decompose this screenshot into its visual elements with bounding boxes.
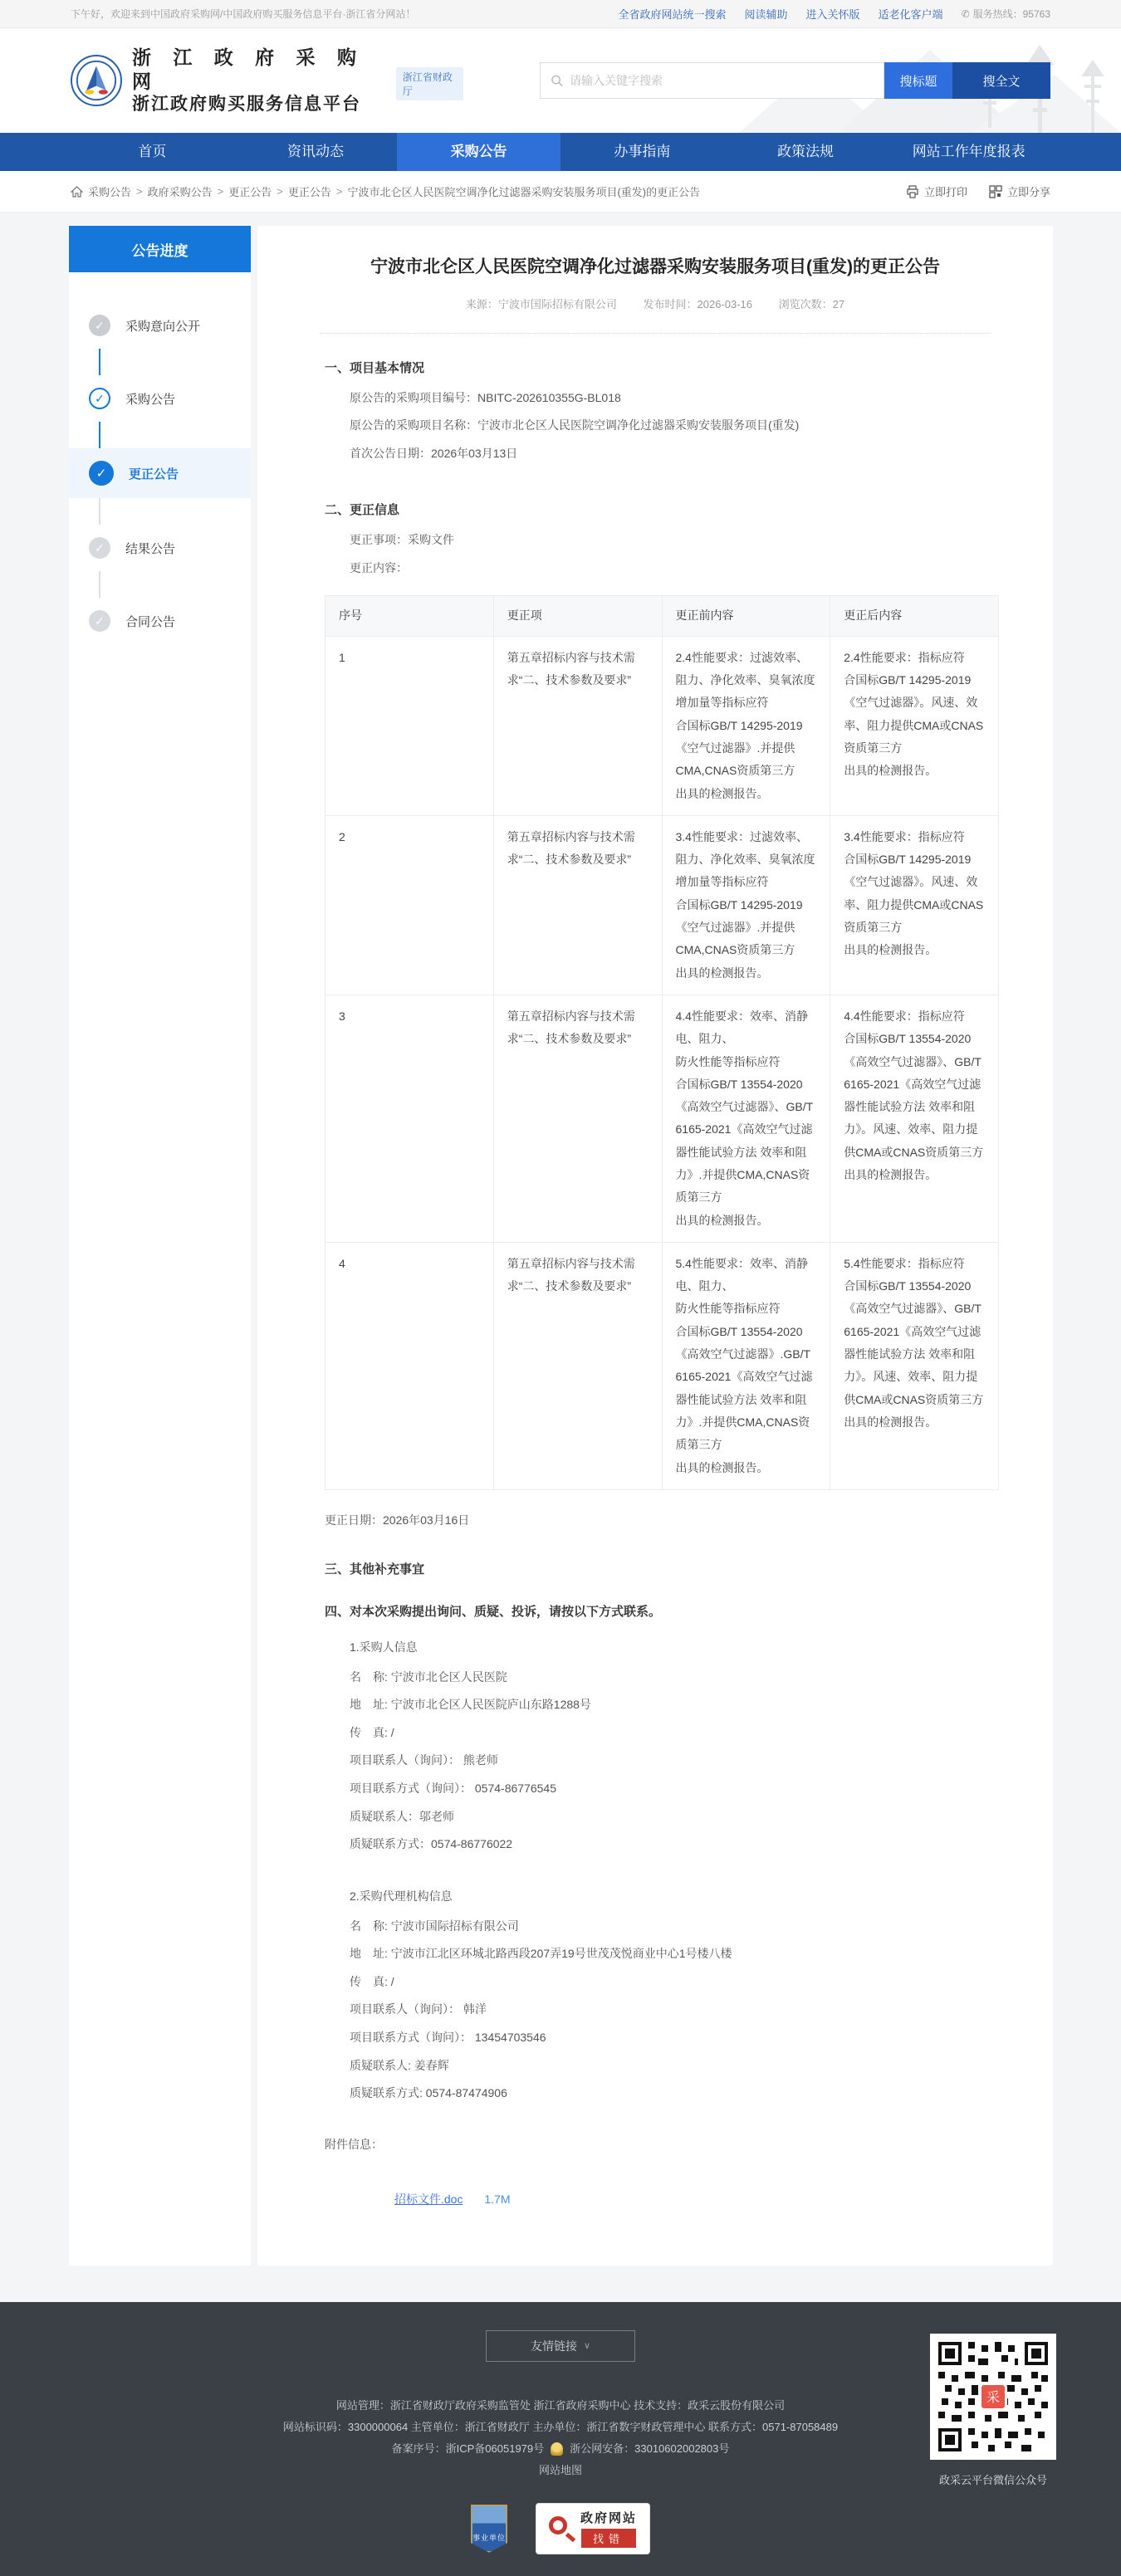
nav-item-procurement-notices[interactable]: 采购公告 <box>397 133 560 171</box>
original-project-number: 原公告的采购项目编号：NBITC-202610355G-BL018 <box>350 384 991 413</box>
section1-heading: 一、项目基本情况 <box>325 359 991 376</box>
crumb-correction-notice[interactable]: 更正公告 <box>288 183 331 199</box>
search-fulltext-button[interactable]: 搜全文 <box>952 62 1050 99</box>
nav-item-news[interactable]: 资讯动态 <box>234 133 398 171</box>
greeting-text: 下午好，欢迎来到中国政府采购网/中国政府购买服务信息平台·浙江省分网站！ <box>71 7 415 21</box>
attachment-file-link[interactable]: 招标文件.doc <box>394 2192 463 2206</box>
step-connector <box>99 498 100 525</box>
site-title-line1: 浙 江 政 府 采 购 网 <box>132 46 379 94</box>
zcy-logo-icon: 采 <box>979 2383 1007 2411</box>
breadcrumb-bar: 采购公告> 政府采购公告> 更正公告> 更正公告> 宁波市北仑区人民医院空调净化… <box>0 171 1121 213</box>
search-input[interactable] <box>570 74 874 87</box>
sitemap-link[interactable]: 网站地图 <box>539 2464 582 2476</box>
qr-caption: 政采云平台微信公众号 <box>930 2471 1056 2487</box>
site-title-line2: 浙江政府购买服务信息平台 <box>132 94 379 115</box>
agency-block-title: 2.采购代理机构信息 <box>350 1884 991 1909</box>
page-title: 宁波市北仑区人民医院空调净化过滤器采购安装服务项目(重发)的更正公告 <box>320 254 991 281</box>
crumb-current-page: 宁波市北仑区人民医院空调净化过滤器采购安装服务项目(重发)的更正公告 <box>347 183 700 199</box>
unified-search-link[interactable]: 全省政府网站统一搜索 <box>619 6 727 22</box>
purchaser-name: 名 称: 宁波市北仑区人民医院 <box>350 1664 991 1692</box>
search-area: 搜标题 搜全文 <box>540 62 1050 99</box>
crumb-correction-notices[interactable]: 更正公告 <box>228 183 272 199</box>
agency-contact-phone: 项目联系方式（询问）： 13454703546 <box>350 2024 991 2052</box>
col-header-after: 更正后内容 <box>830 596 999 636</box>
first-announce-date: 首次公告日期：2026年03月13日 <box>350 440 991 468</box>
site-logo[interactable]: 浙 江 政 府 采 购 网 浙江政府购买服务信息平台 浙江省财政厅 <box>71 46 463 115</box>
care-version-link[interactable]: 进入关怀版 <box>806 6 860 22</box>
authority-badge: 浙江省财政厅 <box>396 67 463 100</box>
crumb-gov-procurement-notices[interactable]: 政府采购公告 <box>148 183 213 199</box>
agency-address: 地 址: 宁波市江北区环城北路西段207弄19号世茂茂悦商业中心1号楼八楼 <box>350 1940 991 1968</box>
sidebar-title: 公告进度 <box>69 226 251 272</box>
purchaser-query-person: 质疑联系人：邬老师 <box>350 1803 991 1831</box>
check-icon: ✓ <box>89 461 114 486</box>
crumb-procurement-notices[interactable]: 采购公告 <box>88 183 131 199</box>
service-hotline: ✆ 服务热线：95763 <box>962 7 1050 21</box>
home-icon <box>71 186 83 198</box>
share-button[interactable]: 立即分享 <box>989 183 1050 199</box>
wechat-qr-code: 采 <box>930 2334 1056 2460</box>
article-source: 来源：宁波市国际招标有限公司 <box>466 298 617 310</box>
check-icon: ✓ <box>89 537 110 559</box>
chevron-down-icon: ∨ <box>584 2340 590 2351</box>
col-header-before: 更正前内容 <box>662 596 830 636</box>
nav-item-annual-report[interactable]: 网站工作年度报表 <box>887 133 1050 171</box>
correction-date: 更正日期：2026年03月16日 <box>325 1508 991 1532</box>
correction-table: 序号 更正项 更正前内容 更正后内容 1 第五章招标内容与技术需求“二、技术参数… <box>325 595 999 1489</box>
sidebar-item-result-notice[interactable]: ✓ 结果公告 <box>69 525 251 571</box>
table-row: 2 第五章招标内容与技术需求“二、技术参数及要求” 3.4性能要求：过滤效率、阻… <box>326 815 999 995</box>
nav-item-home[interactable]: 首页 <box>71 133 234 171</box>
reading-aid-link[interactable]: 阅读辅助 <box>745 6 788 22</box>
nav-item-service-guide[interactable]: 办事指南 <box>560 133 724 171</box>
correction-content-label: 更正内容： <box>350 555 991 583</box>
printer-icon <box>906 185 919 198</box>
step-connector <box>99 349 100 375</box>
section2-heading: 二、更正信息 <box>325 501 991 518</box>
article-publish-time: 发布时间：2026-03-16 <box>644 298 753 310</box>
main-nav: 首页 资讯动态 采购公告 办事指南 政策法规 网站工作年度报表 <box>0 133 1121 171</box>
check-icon: ✓ <box>89 388 110 409</box>
step-connector <box>99 422 100 448</box>
article-views: 浏览次数：27 <box>779 298 844 310</box>
magnifier-icon <box>549 2516 574 2541</box>
attachment-label: 附件信息： <box>325 2136 991 2153</box>
purchaser-fax: 传 真: / <box>350 1719 991 1747</box>
check-icon: ✓ <box>89 610 110 632</box>
print-button[interactable]: 立即打印 <box>906 183 967 199</box>
table-header-row: 序号 更正项 更正前内容 更正后内容 <box>326 596 999 636</box>
section4-heading: 四、对本次采购提出询问、质疑、投诉，请按以下方式联系。 <box>325 1602 991 1620</box>
agency-contact-person: 项目联系人（询问）： 韩洋 <box>350 1996 991 2024</box>
top-utility-bar: 下午好，欢迎来到中国政府采购网/中国政府购买服务信息平台·浙江省分网站！ 全省政… <box>0 0 1121 28</box>
article-meta: 来源：宁波市国际招标有限公司 发布时间：2026-03-16 浏览次数：27 <box>320 296 991 311</box>
footer-icp-number: 备案序号：浙ICP备06051979号 <box>392 2438 545 2460</box>
elderly-client-link[interactable]: 适老化客户端 <box>879 6 943 22</box>
divider <box>320 333 991 334</box>
public-institution-badge[interactable]: 事业单位 <box>471 2505 507 2553</box>
sidebar-item-correction-notice[interactable]: ✓ 更正公告 <box>69 448 251 498</box>
purchaser-block-title: 1.采购人信息 <box>350 1635 991 1660</box>
footer-security-number: 浙公网安备：33010602002803号 <box>570 2438 729 2460</box>
attachment-file-size: 1.7M <box>484 2192 510 2206</box>
logo-emblem-icon <box>71 55 122 106</box>
table-row: 1 第五章招标内容与技术需求“二、技术参数及要求” 2.4性能要求：过滤效率、阻… <box>326 636 999 815</box>
breadcrumb: 采购公告> 政府采购公告> 更正公告> 更正公告> 宁波市北仑区人民医院空调净化… <box>71 183 700 199</box>
purchaser-contact-phone: 项目联系方式（询问）： 0574-86776545 <box>350 1775 991 1803</box>
purchaser-contact-person: 项目联系人（询问）： 熊老师 <box>350 1747 991 1775</box>
search-title-button[interactable]: 搜标题 <box>884 62 952 99</box>
step-connector <box>99 571 100 598</box>
col-header-item: 更正项 <box>493 596 662 636</box>
correction-item-line: 更正事项：采购文件 <box>350 526 991 555</box>
search-icon <box>551 74 563 87</box>
col-header-no: 序号 <box>326 596 494 636</box>
gov-site-error-report-badge[interactable]: 政府网站 找错 <box>536 2503 650 2554</box>
agency-query-phone: 质疑联系方式: 0574-87474906 <box>350 2080 991 2108</box>
agency-fax: 传 真: / <box>350 1968 991 1997</box>
notice-progress-sidebar: 公告进度 ✓ 采购意向公开 ✓ 采购公告 ✓ 更正公告 ✓ 结果公告 <box>69 226 251 2266</box>
table-row: 4 第五章招标内容与技术需求“二、技术参数及要求” 5.4性能要求：效率、消静电… <box>326 1242 999 1489</box>
sidebar-item-procurement-notice[interactable]: ✓ 采购公告 <box>69 375 251 422</box>
sidebar-item-intent-publicity[interactable]: ✓ 采购意向公开 <box>69 302 251 349</box>
site-footer: 友情链接 ∨ 网站管理：浙江省财政厅政府采购监管处 浙江省政府采购中心 技术支持… <box>0 2302 1121 2576</box>
agency-query-person: 质疑联系人: 姜春辉 <box>350 2052 991 2080</box>
purchaser-address: 地 址: 宁波市北仑区人民医院庐山东路1288号 <box>350 1691 991 1719</box>
section3-heading: 三、其他补充事宜 <box>325 1560 991 1577</box>
friendly-links-dropdown[interactable]: 友情链接 ∨ <box>486 2330 635 2362</box>
phone-icon: ✆ <box>962 8 970 20</box>
table-row: 3 第五章招标内容与技术需求“二、技术参数及要求” 4.4性能要求：效率、消静电… <box>326 995 999 1242</box>
original-project-name: 原公告的采购项目名称：宁波市北仑区人民医院空调净化过滤器采购安装服务项目(重发) <box>350 412 991 440</box>
qr-share-icon <box>989 185 1002 198</box>
police-badge-icon <box>551 2442 563 2456</box>
search-box <box>540 62 884 99</box>
check-icon: ✓ <box>89 315 110 336</box>
announcement-article: 宁波市北仑区人民医院空调净化过滤器采购安装服务项目(重发)的更正公告 来源：宁波… <box>257 226 1053 2266</box>
nav-item-policies[interactable]: 政策法规 <box>724 133 888 171</box>
site-header: 浙 江 政 府 采 购 网 浙江政府购买服务信息平台 浙江省财政厅 搜标题 搜全… <box>0 28 1121 133</box>
sidebar-item-contract-notice[interactable]: ✓ 合同公告 <box>69 598 251 644</box>
agency-name: 名 称: 宁波市国际招标有限公司 <box>350 1913 991 1941</box>
purchaser-query-phone: 质疑联系方式：0574-86776022 <box>350 1831 991 1859</box>
